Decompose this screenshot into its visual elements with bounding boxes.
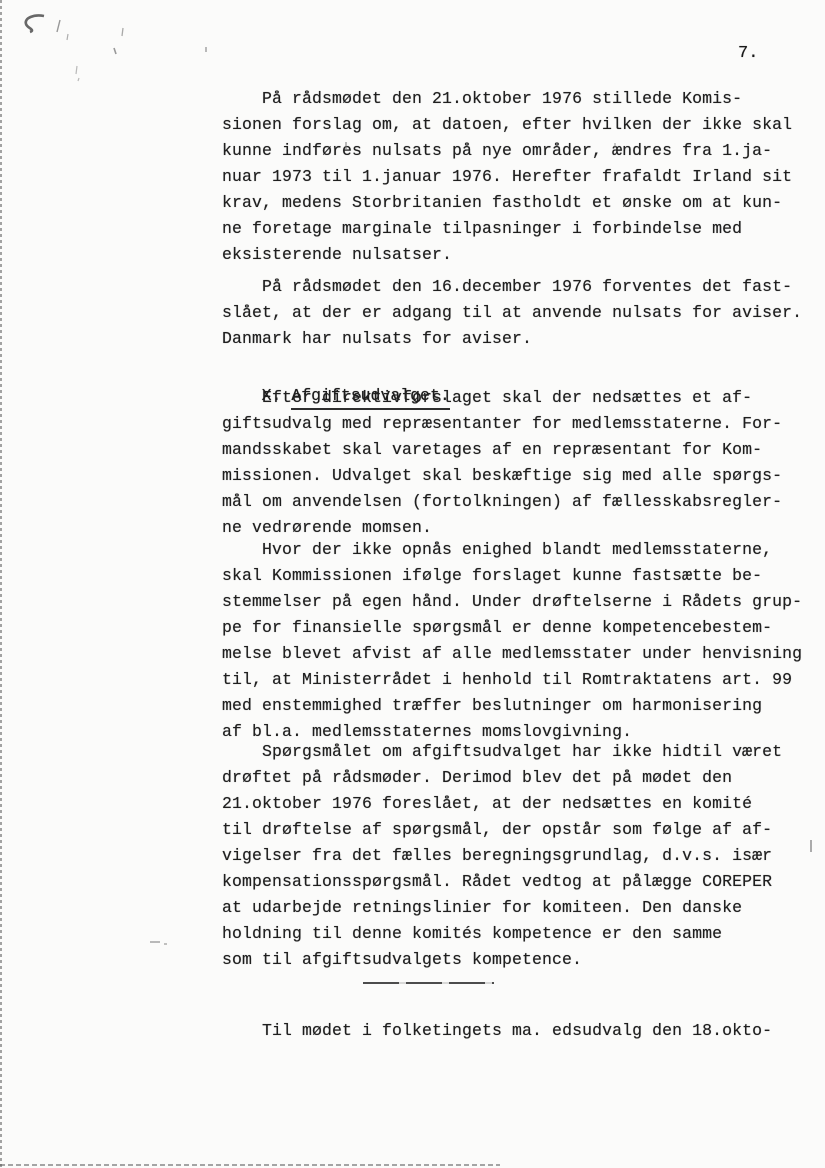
document-page: 7. På rådsmødet den 21.oktober 1976 stil… <box>0 0 825 1168</box>
scan-speck <box>164 943 167 945</box>
scan-edge-left <box>0 0 2 1168</box>
section-divider-line <box>363 982 494 984</box>
paragraph-nulsats-aviser: På rådsmødet den 16.december 1976 forven… <box>222 274 814 352</box>
paragraph-nulsats-dates: På rådsmødet den 21.oktober 1976 stilled… <box>222 86 814 268</box>
scan-speck <box>614 143 616 147</box>
scan-speck <box>810 840 812 852</box>
scan-speck <box>205 47 207 52</box>
paragraph-folketing-intro: Til mødet i folketingets ma. edsudvalg d… <box>222 1018 814 1044</box>
page-number: 7. <box>738 44 758 63</box>
scan-edge-bottom <box>0 1164 500 1166</box>
scan-speck <box>345 142 347 149</box>
paragraph-kompetence: Hvor der ikke opnås enighed blandt medle… <box>222 537 814 745</box>
paragraph-afgiftsudvalg: Efter direktivforslaget skal der nedsætt… <box>222 385 814 541</box>
pencil-scribble <box>16 8 216 98</box>
paragraph-komite: Spørgsmålet om afgiftsudvalget har ikke … <box>222 739 814 973</box>
scan-speck <box>150 941 160 943</box>
